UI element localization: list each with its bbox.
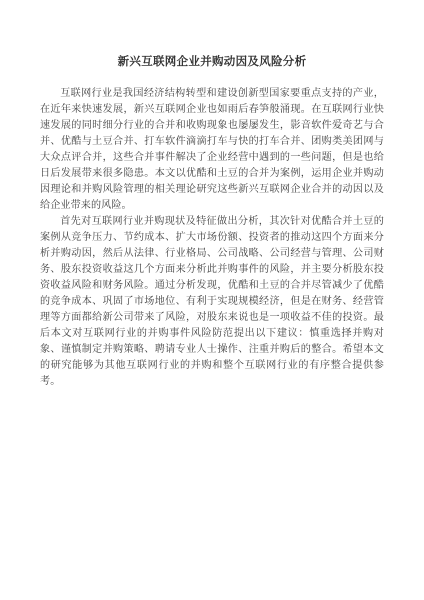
document-page: 新兴互联网企业并购动因及风险分析 互联网行业是我国经济结构转型和建设创新型国家要… <box>0 0 424 600</box>
abstract-paragraph-1: 互联网行业是我国经济结构转型和建设创新型国家要重点支持的产业，在近年来快速发展，… <box>40 86 384 214</box>
abstract-paragraph-2: 首先对互联网行业并购现状及特征做出分析，其次针对优酷合并土豆的案例从竞争压力、节… <box>40 214 384 390</box>
page-title: 新兴互联网企业并购动因及风险分析 <box>40 55 384 70</box>
